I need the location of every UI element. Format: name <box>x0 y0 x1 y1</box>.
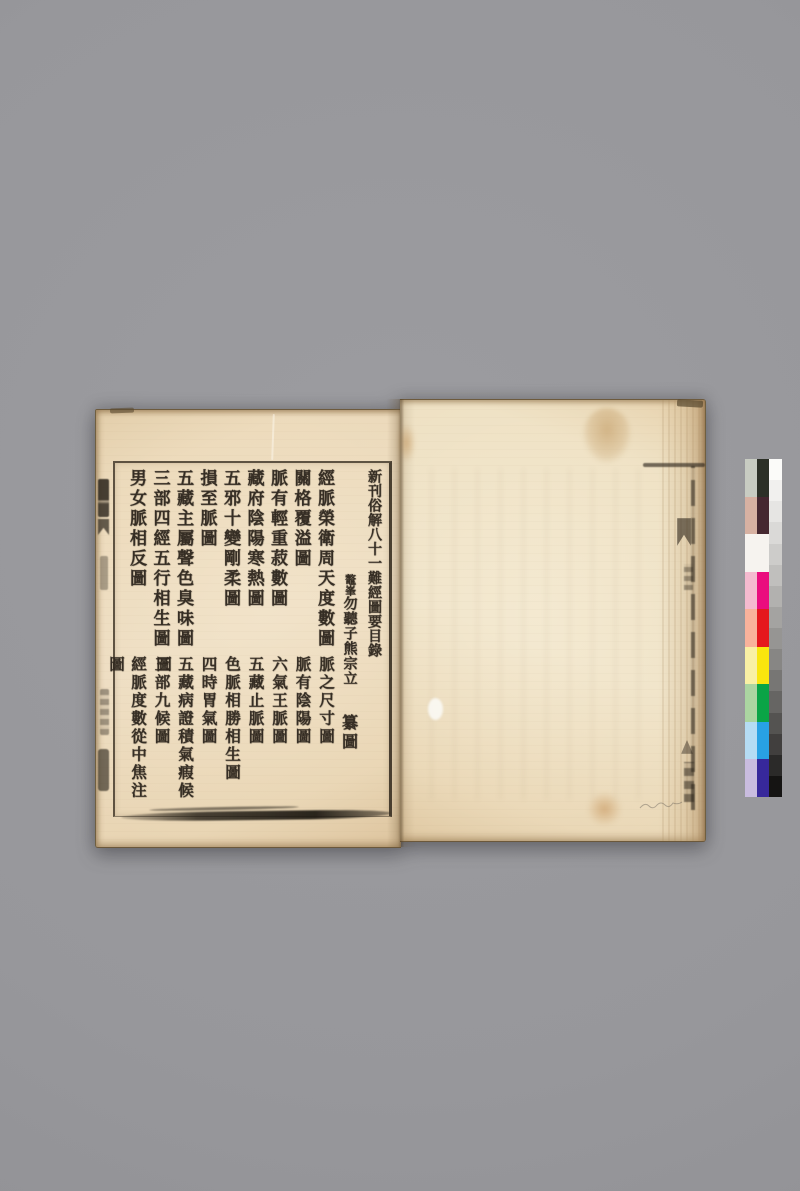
book-spread: 新刊俗解八十一難經圖要目錄 鼇峯勿聽子熊宗立 纂圖 經脈榮衛周天度數圖 脈之尺寸… <box>95 399 705 847</box>
color-patch <box>745 497 757 535</box>
fishtail-mark <box>98 479 109 517</box>
paper-repair-patch <box>428 698 443 720</box>
paper-crease <box>271 414 275 460</box>
print-showthrough <box>430 468 658 800</box>
author-line: 鼇峯勿聽子熊宗立 <box>340 574 360 686</box>
color-patch <box>769 565 782 586</box>
toc-column: 藏府陰陽寒熱圖 五藏止脈圖 <box>245 467 269 806</box>
color-patch <box>769 734 782 755</box>
color-patch <box>769 459 782 480</box>
color-patch <box>757 572 769 610</box>
color-patch <box>769 501 782 522</box>
toc-column: 三部四經五行相生圖 三部九候圖 <box>151 467 175 806</box>
toc-entry: 男女脈相反圖 <box>124 469 149 589</box>
color-patch <box>769 628 782 649</box>
toc-entry: 經脈度數從中焦注圖 <box>105 656 149 806</box>
color-column-saturated <box>757 459 769 797</box>
toc-entry: 損至脈圖 <box>195 469 220 549</box>
text-frame: 新刊俗解八十一難經圖要目錄 鼇峯勿聽子熊宗立 纂圖 經脈榮衛周天度數圖 脈之尺寸… <box>113 461 392 817</box>
stain <box>587 792 622 826</box>
toc-entry: 色脈相勝相生圖 <box>221 656 243 782</box>
toc-column: 關格覆溢圖 脈有陰陽圖 <box>292 467 316 806</box>
color-patch <box>769 586 782 607</box>
author-name: 勿聽子熊宗立 <box>342 596 358 686</box>
color-patch <box>769 755 782 776</box>
author-school: 鼇峯 <box>344 574 357 596</box>
book-gutter <box>387 399 415 847</box>
toc-entry: 五邪十變剛柔圖 <box>218 469 243 609</box>
ink-smudge <box>121 809 391 821</box>
toc-entry: 五藏主屬聲色臭味圖 <box>171 469 196 649</box>
right-page <box>400 399 706 842</box>
color-patch <box>757 609 769 647</box>
color-patch <box>769 480 782 501</box>
underpage-border <box>691 466 695 810</box>
toc-entry: 經脈榮衛周天度數圖 <box>312 469 337 649</box>
underpage-mark <box>684 762 694 802</box>
page-corner-mark <box>110 408 134 414</box>
color-patch <box>769 776 782 797</box>
color-patch <box>769 544 782 565</box>
left-page: 新刊俗解八十一難經圖要目錄 鼇峯勿聽子熊宗立 纂圖 經脈榮衛周天度數圖 脈之尺寸… <box>95 409 401 848</box>
author-column: 鼇峯勿聽子熊宗立 纂圖 <box>339 467 363 806</box>
color-patch <box>769 691 782 712</box>
toc-column: 五藏主屬聲色臭味圖 五藏病證積氣瘕候圖 <box>175 467 199 806</box>
toc-entry: 脈有輕重菽數圖 <box>265 469 290 609</box>
underpage-faint-text <box>684 564 693 590</box>
toc-column: 損至脈圖 四時胃氣圖 <box>198 467 222 806</box>
pencil-scribble <box>638 798 684 813</box>
color-column-grayscale <box>769 459 782 797</box>
color-patch <box>745 759 757 797</box>
underpage-frame-line <box>643 463 705 467</box>
toc-entry: 關格覆溢圖 <box>289 469 314 569</box>
color-column-pastel <box>745 459 757 797</box>
color-patch <box>757 759 769 797</box>
color-patch <box>745 684 757 722</box>
color-patch <box>757 459 769 497</box>
color-patch <box>769 607 782 628</box>
color-patch <box>769 713 782 734</box>
toc-entry: 六氣王脈圖 <box>268 656 290 746</box>
color-patch <box>745 572 757 610</box>
title-column: 新刊俗解八十一難經圖要目錄 <box>363 467 387 806</box>
stain <box>583 408 631 463</box>
toc-entry: 藏府陰陽寒熱圖 <box>242 469 267 609</box>
color-patch <box>769 649 782 670</box>
color-patch <box>757 647 769 685</box>
color-patch <box>757 722 769 760</box>
toc-entry: 三部九候圖 <box>151 656 173 746</box>
color-patch <box>757 497 769 535</box>
toc-entry: 脈有陰陽圖 <box>292 656 314 746</box>
color-patch <box>757 534 769 572</box>
book-title: 新刊俗解八十一難經圖要目錄 <box>364 469 384 658</box>
toc-column: 經脈榮衛周天度數圖 脈之尺寸圖 <box>316 467 340 806</box>
toc-entry: 四時胃氣圖 <box>198 656 220 746</box>
color-patch <box>745 722 757 760</box>
toc-entry: 脈之尺寸圖 <box>315 656 337 746</box>
page-corner-mark <box>677 399 703 407</box>
color-patch <box>745 647 757 685</box>
toc-entry: 三部四經五行相生圖 <box>148 469 173 649</box>
toc-text-block: 新刊俗解八十一難經圖要目錄 鼇峯勿聽子熊宗立 纂圖 經脈榮衛周天度數圖 脈之尺寸… <box>119 467 386 806</box>
photo-background: 新刊俗解八十一難經圖要目錄 鼇峯勿聽子熊宗立 纂圖 經脈榮衛周天度數圖 脈之尺寸… <box>0 0 800 1191</box>
color-patch <box>757 684 769 722</box>
spine-faint-mark <box>100 556 108 590</box>
color-patch <box>745 459 757 497</box>
toc-column: 脈有輕重菽數圖 六氣王脈圖 <box>269 467 293 806</box>
author-role: 纂圖 <box>338 714 361 752</box>
color-patch <box>769 522 782 543</box>
color-patch <box>769 670 782 691</box>
toc-entry: 五藏止脈圖 <box>245 656 267 746</box>
color-patch <box>745 609 757 647</box>
color-patch <box>745 534 757 572</box>
toc-column: 五邪十變剛柔圖 色脈相勝相生圖 <box>222 467 246 806</box>
color-calibration-bar <box>745 459 782 797</box>
toc-column: 男女脈相反圖 經脈度數從中焦注圖 <box>128 467 152 806</box>
